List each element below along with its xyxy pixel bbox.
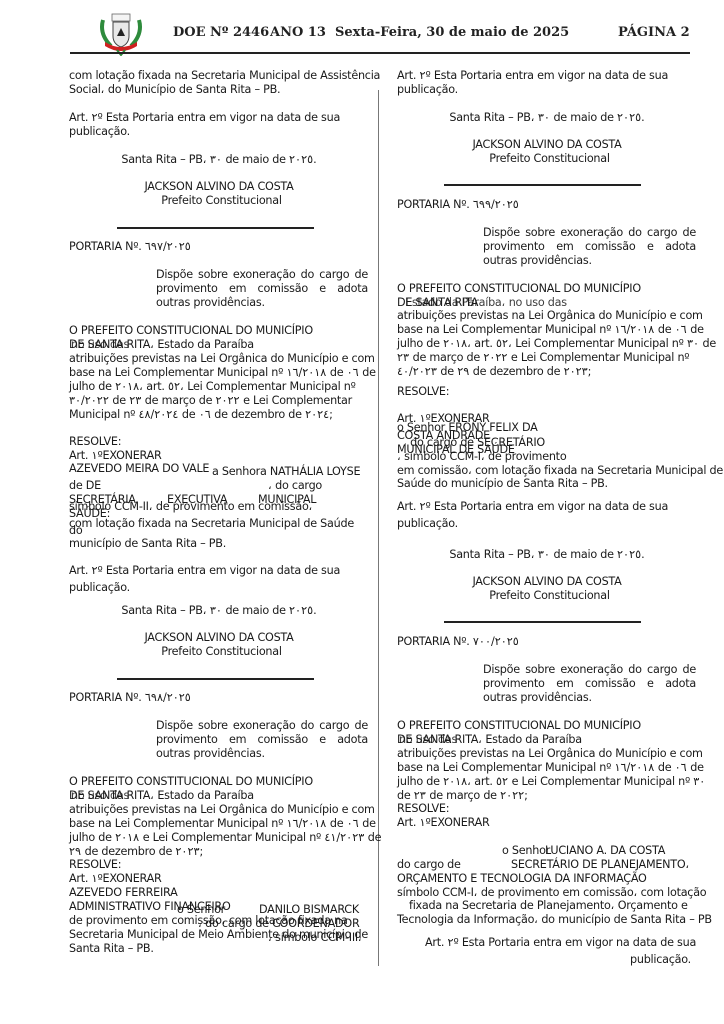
signature-rule (117, 227, 314, 229)
article-2: Art. ٢º Esta Portaria entra em vigor na … (397, 500, 668, 515)
portaria-number: PORTARIA Nº. ٦٩٧/٢٠٢٥ (69, 240, 191, 255)
signer-name: JACKSON ALVINO DA COSTA (69, 631, 369, 646)
place-date: Santa Rita – PB، ٣٠ de maio de ٢٠٢٥. (69, 604, 369, 619)
text-line: base na Lei Complementar Municipal nº ١٦… (69, 366, 376, 381)
year-label: ANO 13 (270, 25, 326, 40)
text-line: julho de ٢٠١٨، art. ٥٢، Lei Complementar… (397, 337, 716, 352)
article-2: Art. ٢º Esta Portaria entra em vigor na … (397, 69, 668, 84)
text-line: ٣٠/٢٠٢٢ de ٢٣ de março de ٢٠٢٢ e Lei Com… (69, 394, 352, 409)
preamble-overlap: no uso das (399, 733, 457, 748)
preamble: O PREFEITO CONSTITUCIONAL DO MUNICÍPIO (69, 775, 313, 790)
place-date: Santa Rita – PB، ٣٠ de maio de ٢٠٢٥. (397, 111, 697, 126)
article-2: Art. ٢º Esta Portaria entra em vigor na … (425, 936, 696, 951)
coat-of-arms-icon (97, 12, 145, 56)
text-line: de DE (69, 479, 101, 494)
resolve: RESOLVE: (397, 802, 449, 817)
text-line: ، do cargo (268, 479, 322, 494)
text-line: a Senhora NATHÁLIA LOYSE (212, 465, 360, 480)
text-line: atribuições previstas na Lei Orgânica do… (397, 309, 703, 324)
text-line: município de Santa Rita – PB. (69, 537, 226, 552)
ementa: Dispõe sobre exoneração do cargo de (156, 268, 368, 283)
text-line: fixada na Secretaria de Planejamento، Or… (409, 899, 688, 914)
preamble: O PREFEITO CONSTITUCIONAL DO MUNICÍPIO (397, 719, 641, 734)
text-line: ٢٣ de março de ٢٠٢٢ e Lei Complementar M… (397, 351, 689, 366)
signer-name: JACKSON ALVINO DA COSTA (69, 180, 369, 195)
header-bar: DOE Nº 2446 ANO 13 Sexta-Feira, 30 de ma… (165, 22, 685, 44)
text-line: base na Lei Complementar Municipal nº ١٦… (397, 323, 704, 338)
ementa: provimento em comissão e adota (483, 240, 696, 255)
signer-title: Prefeito Constitucional (69, 194, 374, 209)
text-line: base na Lei Complementar Municipal nº ١٦… (69, 817, 376, 832)
header-rule (70, 52, 690, 54)
signature-rule (444, 621, 641, 623)
portaria-number: PORTARIA Nº. ٦٩٨/٢٠٢٥ (69, 691, 191, 706)
text-line: AZEVEDO FERREIRA (69, 886, 177, 901)
text-line: Social، do Município de Santa Rita – PB. (69, 83, 280, 98)
portaria-number: PORTARIA Nº. ٧٠٠/٢٠٢٥ (397, 635, 519, 650)
preamble: O PREFEITO CONSTITUCIONAL DO MUNICÍPIO (69, 324, 313, 339)
preamble: O PREFEITO CONSTITUCIONAL DO MUNICÍPIO (397, 282, 641, 297)
ementa: Dispõe sobre exoneração do cargo de (483, 663, 696, 678)
text-line: atribuições previstas na Lei Orgânica do… (69, 803, 375, 818)
text-line: publicação. (397, 83, 458, 98)
text-line: ، símbolo CCM-III، (268, 931, 362, 946)
ementa: outras providências. (483, 691, 592, 706)
article-1: Art. ١ºEXONERAR (69, 872, 162, 887)
text-line: ٤٠/٢٠٢٣ de ٢٩ de dezembro de ٢٠٢٣; (397, 365, 591, 380)
place-date: Santa Rita – PB، ٣٠ de maio de ٢٠٢٥. (397, 548, 697, 563)
ementa: Dispõe sobre exoneração do cargo de (483, 226, 696, 241)
text-line: Municipal nº ٤٨/٢٠٢٤ de ٠٦ de dezembro d… (69, 408, 333, 423)
signer-name: JACKSON ALVINO DA COSTA (397, 138, 697, 153)
text-line: atribuições previstas na Lei Orgânica do… (69, 352, 375, 367)
text-line: base na Lei Complementar Municipal nº ١٦… (397, 761, 704, 776)
signature-rule (444, 184, 641, 186)
text-line: julho de ٢٠١٨، art. ٥٢ e Lei Complementa… (397, 775, 705, 790)
doe-number: DOE Nº 2446 (173, 25, 269, 40)
text-line: ORÇAMENTO E TECNOLOGIA DA INFORMAÇÃO (397, 872, 647, 887)
text-line: Santa Rita – PB. (69, 942, 154, 957)
article-1: Art. ١ºEXONERAR (397, 816, 490, 831)
gazette-header: DOE Nº 2446 ANO 13 Sexta-Feira, 30 de ma… (0, 0, 724, 60)
text-line: ، símbolo CCM-I، de provimento (397, 450, 566, 465)
portaria-number: PORTARIA Nº. ٦٩٩/٢٠٢٥ (397, 198, 519, 213)
text-line: publicação. (397, 517, 458, 532)
text-line: LUCIANO A. DA COSTA (545, 844, 665, 859)
text-line: do cargo de (397, 858, 461, 873)
ementa: provimento em comissão e adota (156, 282, 368, 297)
ementa: outras providências. (483, 254, 592, 269)
text-line: publicação. (630, 953, 691, 968)
place-date: Santa Rita – PB، ٣٠ de maio de ٢٠٢٥. (69, 153, 369, 168)
ementa: outras providências. (156, 747, 265, 762)
text-line: SECRETÁRIO DE PLANEJAMENTO، (511, 858, 689, 873)
resolve: RESOLVE: (69, 435, 121, 450)
page-number: PÁGINA 2 (618, 25, 690, 40)
signer-title: Prefeito Constitucional (397, 589, 702, 604)
signature-rule (117, 678, 314, 680)
text-line: atribuições previstas na Lei Orgânica do… (397, 747, 703, 762)
text-line: publicação. (69, 125, 130, 140)
resolve: RESOLVE: (69, 858, 121, 873)
signer-name: JACKSON ALVINO DA COSTA (397, 575, 697, 590)
ementa: provimento em comissão e adota (156, 733, 368, 748)
text-line: com lotação fixada na Secretaria Municip… (69, 69, 380, 84)
ementa: Dispõe sobre exoneração do cargo de (156, 719, 368, 734)
text-line: publicação. (69, 581, 130, 596)
article-2: Art. ٢º Esta Portaria entra em vigor na … (69, 564, 340, 579)
ementa: provimento em comissão e adota (483, 677, 696, 692)
signer-title: Prefeito Constitucional (397, 152, 702, 167)
text-line: com lotação fixada na Secretaria Municip… (69, 517, 354, 532)
article-2: Art. ٢º Esta Portaria entra em vigor na … (69, 111, 340, 126)
text-line: Tecnologia da Informação، do município d… (397, 913, 712, 928)
text-line: Saúde do município de Santa Rita – PB. (397, 477, 608, 492)
ementa: outras providências. (156, 296, 265, 311)
text-line: o Senhor (502, 844, 550, 859)
text-line: AZEVEDO MEIRA DO VALE (69, 462, 209, 477)
text-line: julho de ٢٠١٨، art. ٥٢، Lei Complementar… (69, 380, 356, 395)
resolve: RESOLVE: (397, 385, 449, 400)
preamble-overlap: no uso das (71, 338, 129, 353)
signer-title: Prefeito Constitucional (69, 645, 374, 660)
text-line: julho de ٢٠١٨ e Lei Complementar Municip… (69, 831, 381, 846)
preamble-overlap: no uso das (71, 789, 129, 804)
issue-date: Sexta-Feira, 30 de maio de 2025 (335, 25, 569, 40)
